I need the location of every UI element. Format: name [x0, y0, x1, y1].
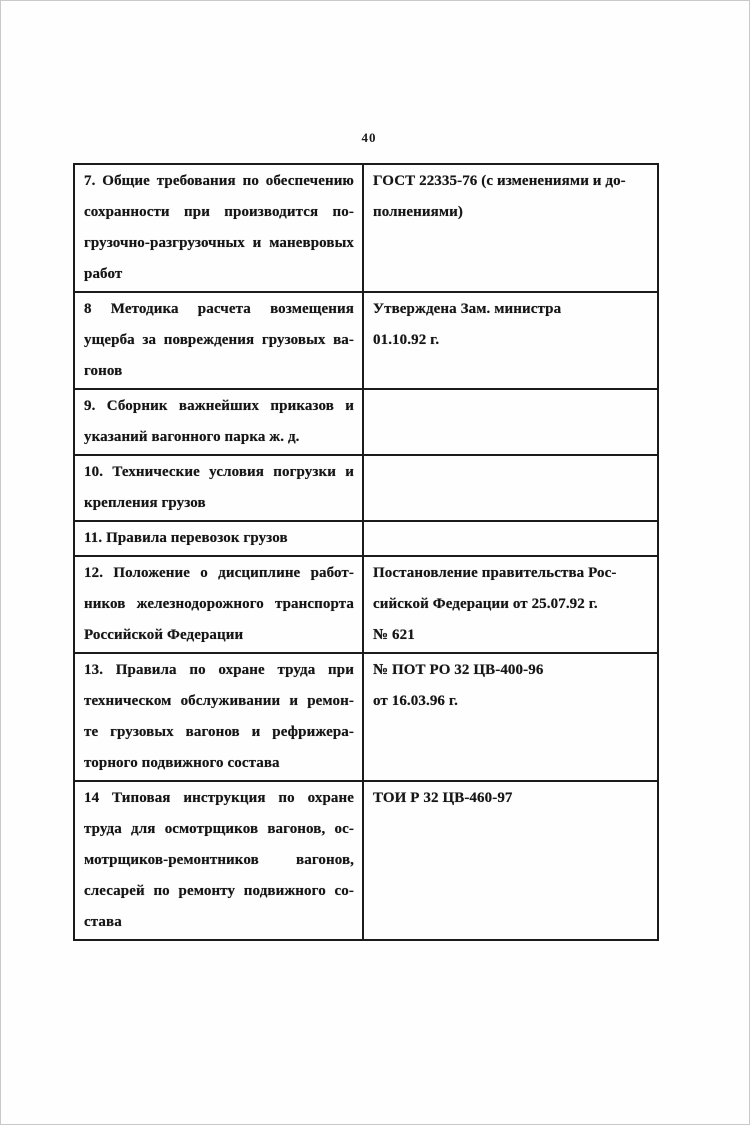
document-title-cell: 14 Типовая инструкция по охранетруда для… [75, 782, 364, 939]
text-line: указаний вагонного парка ж. д. [84, 422, 354, 453]
text-line: 7. Общие требования по обеспечению [84, 166, 354, 197]
table-row: 13. Правила по охране труда притехническ… [75, 652, 657, 780]
text-line: 14 Типовая инструкция по охране [84, 783, 354, 814]
text-line: № ПОТ РО 32 ЦВ-400-96 [373, 655, 649, 686]
text-line: слесарей по ремонту подвижного со- [84, 876, 354, 907]
reference-cell: ГОСТ 22335-76 (с изменениями и до-полнен… [364, 165, 657, 291]
document-title-cell: 11. Правила перевозок грузов [75, 522, 364, 555]
reference-cell: Постановление правительства Рос-сийской … [364, 557, 657, 652]
document-title-cell: 13. Правила по охране труда притехническ… [75, 654, 364, 780]
reference-cell: № ПОТ РО 32 ЦВ-400-96от 16.03.96 г. [364, 654, 657, 780]
text-line: 9. Сборник важнейших приказов и [84, 391, 354, 422]
table-row: 7. Общие требования по обеспечениюсохран… [75, 165, 657, 291]
page-number: 40 [1, 130, 737, 146]
text-line: 13. Правила по охране труда при [84, 655, 354, 686]
text-line: те грузовых вагонов и рефрижера- [84, 717, 354, 748]
text-line: ГОСТ 22335-76 (с изменениями и до- [373, 166, 649, 197]
text-line: гонов [84, 356, 354, 387]
text-line: работ [84, 259, 354, 290]
document-title-cell: 8 Методика расчета возмещенияущерба за п… [75, 293, 364, 388]
table-row: 9. Сборник важнейших приказов иуказаний … [75, 388, 657, 454]
text-line: торного подвижного состава [84, 748, 354, 779]
text-line: 01.10.92 г. [373, 325, 649, 356]
normative-documents-table: 7. Общие требования по обеспечениюсохран… [73, 163, 659, 941]
document-title-cell: 12. Положение о дисциплине работ-ников ж… [75, 557, 364, 652]
text-line: ущерба за повреждения грузовых ва- [84, 325, 354, 356]
reference-cell: Утверждена Зам. министра01.10.92 г. [364, 293, 657, 388]
table-row: 11. Правила перевозок грузов [75, 520, 657, 555]
text-line: грузочно-разгрузочных и маневровых [84, 228, 354, 259]
reference-cell [364, 456, 657, 520]
scanned-document-page: 40 7. Общие требования по обеспечениюсох… [0, 0, 750, 1125]
table-row: 14 Типовая инструкция по охранетруда для… [75, 780, 657, 939]
text-line: полнениями) [373, 197, 649, 228]
text-line: техническом обслуживании и ремон- [84, 686, 354, 717]
text-line: крепления грузов [84, 488, 354, 519]
document-title-cell: 10. Технические условия погрузки икрепле… [75, 456, 364, 520]
text-line: 10. Технические условия погрузки и [84, 457, 354, 488]
table-row: 12. Положение о дисциплине работ-ников ж… [75, 555, 657, 652]
text-line: от 16.03.96 г. [373, 686, 649, 717]
table-row: 8 Методика расчета возмещенияущерба за п… [75, 291, 657, 388]
table-row: 10. Технические условия погрузки икрепле… [75, 454, 657, 520]
text-line: ников железнодорожного транспорта [84, 589, 354, 620]
text-line: сохранности при производится по- [84, 197, 354, 228]
text-line: Постановление правительства Рос- [373, 558, 649, 589]
text-line: 12. Положение о дисциплине работ- [84, 558, 354, 589]
text-line: сийской Федерации от 25.07.92 г. [373, 589, 649, 620]
text-line: ТОИ Р 32 ЦВ-460-97 [373, 783, 649, 814]
reference-cell [364, 390, 657, 454]
document-title-cell: 7. Общие требования по обеспечениюсохран… [75, 165, 364, 291]
text-line: № 621 [373, 620, 649, 651]
text-line: Российской Федерации [84, 620, 354, 651]
document-title-cell: 9. Сборник важнейших приказов иуказаний … [75, 390, 364, 454]
text-line: труда для осмотрщиков вагонов, ос- [84, 814, 354, 845]
text-line: 11. Правила перевозок грузов [84, 523, 354, 554]
text-line: мотрщиков-ремонтников вагонов, [84, 845, 354, 876]
text-line: Утверждена Зам. министра [373, 294, 649, 325]
text-line: става [84, 907, 354, 938]
text-line: 8 Методика расчета возмещения [84, 294, 354, 325]
reference-cell: ТОИ Р 32 ЦВ-460-97 [364, 782, 657, 939]
reference-cell [364, 522, 657, 555]
